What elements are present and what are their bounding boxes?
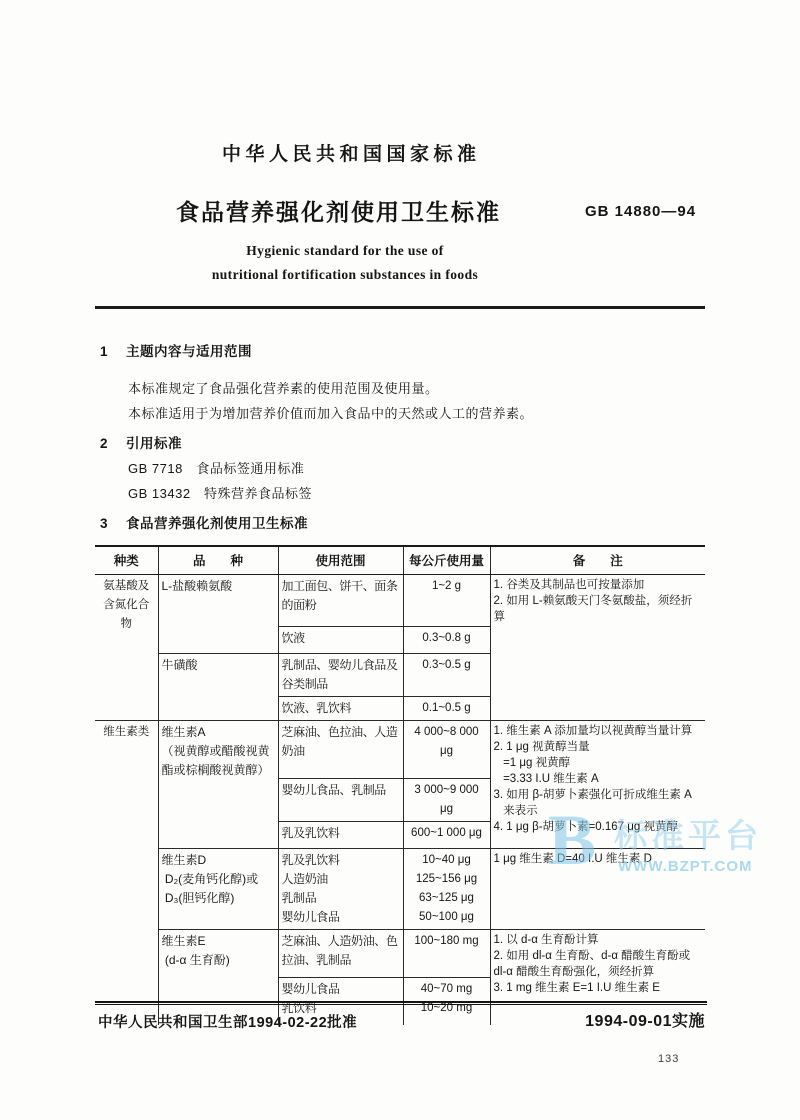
scope-cell: 乳及乳饮料 人造奶油 乳制品 婴幼儿食品 <box>278 848 403 929</box>
section-2-title: 引用标准 <box>126 436 182 451</box>
national-standard-label: 中华人民共和国国家标准 <box>222 139 481 166</box>
col-header-remarks: 备 注 <box>490 546 705 574</box>
amount-cell: 0.3~0.5 g <box>403 653 490 696</box>
col-header-variety: 品 种 <box>158 546 278 574</box>
section-1-paragraph-1: 本标准规定了食品强化营养素的使用范围及使用量。 <box>128 378 439 397</box>
category-amino-acids: 氨基酸及 含氮化合物 <box>95 574 158 720</box>
scope-cell: 芝麻油、人造奶油、色 拉油、乳制品 <box>278 929 403 977</box>
section-3-number: 3 <box>100 516 126 531</box>
col-header-category: 种类 <box>95 546 158 574</box>
document-page: 中华人民共和国国家标准 食品营养强化剂使用卫生标准 GB 14880—94 Hy… <box>0 0 800 1120</box>
fortification-standard-table: 种类 品 种 使用范围 每公斤使用量 备 注 氨基酸及 含氮化合物 L-盐酸赖氨… <box>95 545 705 1025</box>
remark-amino-acids: 1. 谷类及其制品也可按量添加 2. 如用 L-赖氨酸天门冬氨酸盐，须经折 算 <box>490 574 705 720</box>
amount-cell: 1~2 g <box>403 574 490 626</box>
table-row: 氨基酸及 含氮化合物 L-盐酸赖氨酸 加工面包、饼干、面条 的面粉 1~2 g … <box>95 574 705 626</box>
document-title-en-line1: Hygienic standard for the use of <box>95 243 595 259</box>
section-1-title: 主题内容与适用范围 <box>126 344 252 359</box>
col-header-scope: 使用范围 <box>278 546 403 574</box>
amount-cell: 100~180 mg <box>403 929 490 977</box>
document-title-en-line2: nutritional fortification substances in … <box>95 267 595 283</box>
amount-cell: 10~40 μg 125~156 μg 63~125 μg 50~100 μg <box>403 848 490 929</box>
section-2-heading: 2引用标准 <box>100 432 182 452</box>
section-3-heading: 3食品营养强化剂使用卫生标准 <box>100 512 308 532</box>
standard-number: GB 14880—94 <box>585 203 696 220</box>
scope-cell: 饮液 <box>278 626 403 653</box>
table-row: 维生素D D₂(麦角钙化醇)或 D₃(胆钙化醇) 乳及乳饮料 人造奶油 乳制品 … <box>95 848 705 929</box>
scope-cell: 婴幼儿食品、乳制品 <box>278 778 403 821</box>
section-1-number: 1 <box>100 344 126 359</box>
scope-cell: 饮液、乳饮料 <box>278 696 403 720</box>
reference-gb13432: GB 13432 特殊营养食品标签 <box>128 483 312 502</box>
remark-vitamin-a: 1. 维生素 A 添加量均以视黄醇当量计算 2. 1 μg 视黄醇当量 =1 μ… <box>490 720 705 848</box>
amount-cell: 600~1 000 μg <box>403 821 490 848</box>
section-1-heading: 1主题内容与适用范围 <box>100 340 252 360</box>
variety-vitamin-d: 维生素D D₂(麦角钙化醇)或 D₃(胆钙化醇) <box>158 848 278 929</box>
approval-statement: 中华人民共和国卫生部1994-02-22批准 <box>98 1011 357 1032</box>
header-rule <box>95 306 705 309</box>
amount-cell: 0.1~0.5 g <box>403 696 490 720</box>
scope-cell: 乳制品、婴幼儿食品及 谷类制品 <box>278 653 403 696</box>
variety-vitamin-a: 维生素A （视黄醇或醋酸视黄 酯或棕榈酸视黄醇） <box>158 720 278 848</box>
reference-gb7718: GB 7718 食品标签通用标准 <box>128 458 304 477</box>
implementation-date: 1994-09-01实施 <box>585 1008 705 1031</box>
table-row: 维生素E (d-α 生育酚) 芝麻油、人造奶油、色 拉油、乳制品 100~180… <box>95 929 705 977</box>
document-title-cn: 食品营养强化剂使用卫生标准 <box>176 194 501 227</box>
table-bottom-double-rule <box>95 1001 707 1005</box>
variety-lysine: L-盐酸赖氨酸 <box>158 574 278 653</box>
table-header-row: 种类 品 种 使用范围 每公斤使用量 备 注 <box>95 546 705 574</box>
amount-cell: 4 000~8 000 μg <box>403 720 490 778</box>
scope-cell: 加工面包、饼干、面条 的面粉 <box>278 574 403 626</box>
table-row: 维生素类 维生素A （视黄醇或醋酸视黄 酯或棕榈酸视黄醇） 芝麻油、色拉油、人造… <box>95 720 705 778</box>
remark-vitamin-d: 1 μg 维生素 D=40 I.U 维生素 D <box>490 848 705 929</box>
category-vitamins: 维生素类 <box>95 720 158 1025</box>
scope-cell: 芝麻油、色拉油、人造 奶油 <box>278 720 403 778</box>
section-2-number: 2 <box>100 436 126 451</box>
section-1-paragraph-2: 本标准适用于为增加营养价值而加入食品中的天然或人工的营养素。 <box>128 403 533 422</box>
variety-taurine: 牛磺酸 <box>158 653 278 720</box>
section-3-title: 食品营养强化剂使用卫生标准 <box>126 516 308 531</box>
page-number: 133 <box>658 1053 679 1065</box>
amount-cell: 0.3~0.8 g <box>403 626 490 653</box>
amount-cell: 3 000~9 000 μg <box>403 778 490 821</box>
scope-cell: 乳及乳饮料 <box>278 821 403 848</box>
col-header-amount: 每公斤使用量 <box>403 546 490 574</box>
